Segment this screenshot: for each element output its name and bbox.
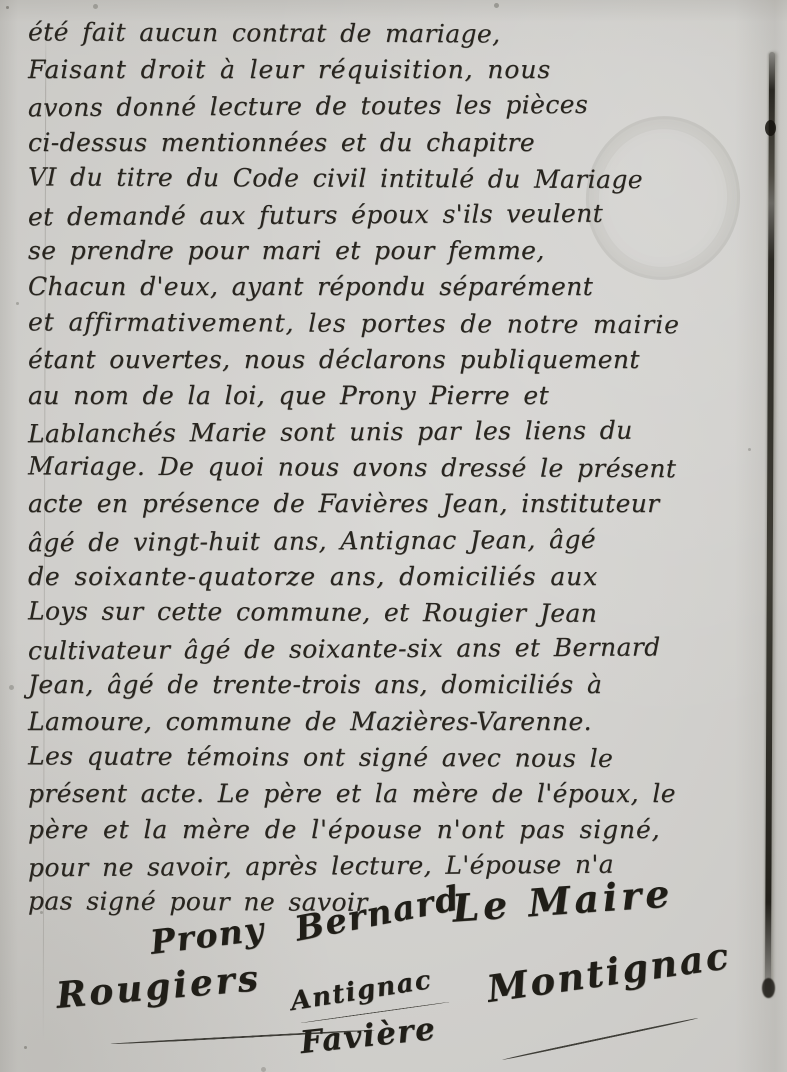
binding-ink-blob-top [765,120,776,136]
signature-rougiers: Rougiers [55,957,263,1017]
manuscript-line-12: Lablanchés Marie sont unis par les liens… [28,412,776,453]
paper-specks [6,6,9,9]
signature-antignac: Antignac [289,965,435,1017]
binding-ink-blob-bottom [762,978,775,998]
manuscript-line-1: été fait aucun contrat de mariage, [28,14,776,53]
manuscript-line-21: Les quatre témoins ont signé avec nous l… [28,738,776,777]
manuscript-line-7: se prendre pour mari et pour femme, [28,233,776,269]
manuscript-line-10: étant ouvertes, nous déclarons publiquem… [28,342,776,378]
manuscript-line-8: Chacun d'eux, ayant répondu séparément [28,269,776,305]
signature-faviere: Favière [298,1011,437,1061]
manuscript-line-6: et demandé aux futurs époux s'ils veulen… [28,195,776,236]
manuscript-line-20: Lamoure, commune de Mazières-Varenne. [28,704,776,740]
manuscript-line-11: au nom de la loi, que Prony Pierre et [28,378,776,414]
manuscript-line-19: Jean, âgé de trente-trois ans, domicilié… [28,667,776,703]
handwritten-text-block: été fait aucun contrat de mariage, Faisa… [28,16,776,921]
manuscript-line-18: cultivateur âgé de soixante-six ans et B… [28,629,776,670]
signature-underline-flourish-montignac [502,1017,698,1061]
manuscript-line-4: ci-dessus mentionnées et du chapitre [28,125,776,161]
manuscript-line-3: avons donné lecture de toutes les pièces [28,86,776,127]
manuscript-marriage-act-page: été fait aucun contrat de mariage, Faisa… [0,0,787,1072]
manuscript-line-23: père et la mère de l'épouse n'ont pas si… [28,812,776,848]
manuscript-line-2: Faisant droit à leur réquisition, nous [28,52,776,88]
manuscript-line-5: VI du titre du Code civil intitulé du Ma… [28,159,776,198]
manuscript-line-16: de soixante-quatorze ans, domiciliés aux [28,559,776,595]
manuscript-line-22: présent acte. Le père et la mère de l'ép… [28,776,776,812]
manuscript-line-9: et affirmativement, les portes de notre … [28,304,776,343]
manuscript-line-13: Mariage. De quoi nous avons dressé le pr… [28,449,776,488]
signature-montignac: Montignac [484,933,733,1011]
manuscript-line-15: âgé de vingt-huit ans, Antignac Jean, âg… [28,520,776,561]
manuscript-line-14: acte en présence de Favières Jean, insti… [28,486,776,522]
manuscript-line-17: Loys sur cette commune, et Rougier Jean [28,593,776,632]
